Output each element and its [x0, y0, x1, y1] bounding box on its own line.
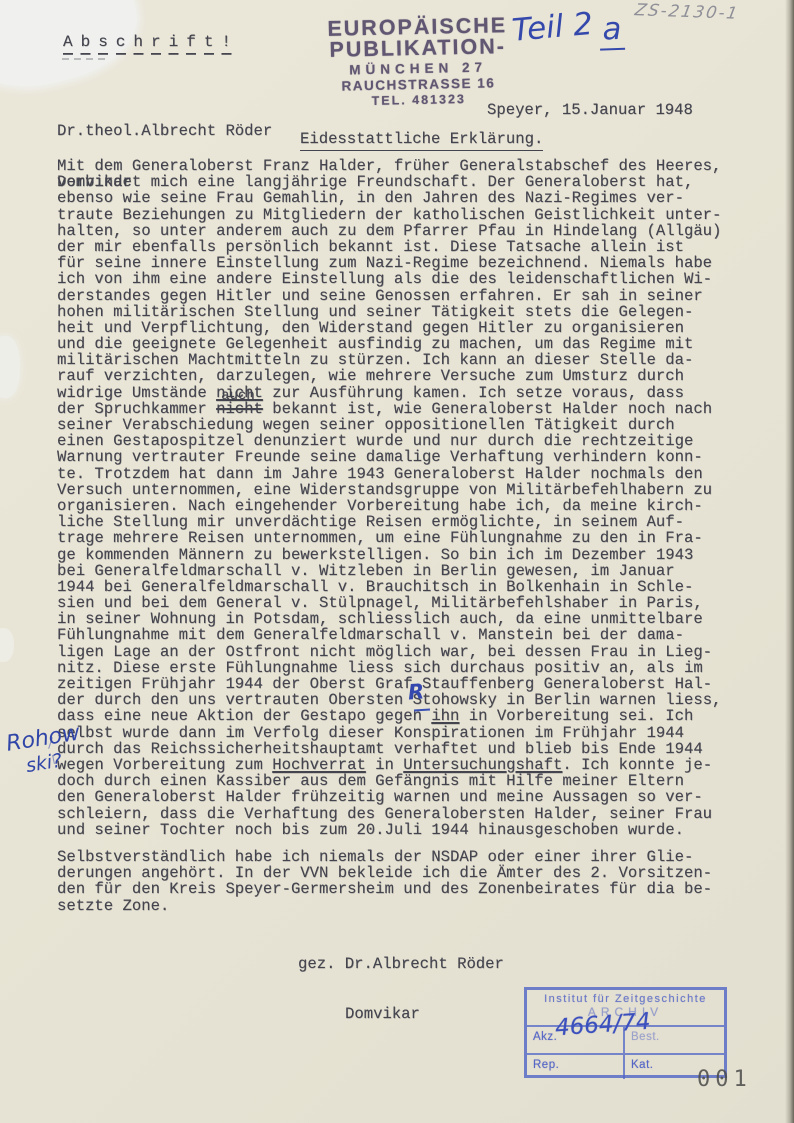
text-line: wegen Vorbereitung zum Hochverrat in Unt… — [57, 757, 721, 773]
publisher-stamp-line: PUBLIKATION- — [320, 36, 516, 61]
text-line: halten, so unter anderem auch zu dem Pfa… — [57, 223, 721, 239]
text-line: derungen angehört. In der VVN bekleide i… — [57, 865, 712, 881]
paper-tear-patch — [0, 336, 20, 398]
text-line: Fühlungnahme mit dem Generalfeldmarschal… — [57, 627, 721, 643]
handwritten-part-text: Teil 2 — [511, 6, 595, 49]
text-line: selbst wurde dann im Verfolg dieser Kons… — [57, 725, 721, 741]
strike-residue-mark — [62, 58, 106, 60]
text-line: ich von ihm eine andere Einstellung als … — [57, 271, 721, 287]
kat-label: Kat. — [631, 1059, 653, 1071]
text-line: doch durch einen Kassiber aus dem Gefäng… — [57, 773, 721, 789]
text-line: in seiner Wohnung in Potsdam, schliessli… — [57, 611, 721, 627]
text-line: trage mehrere Reisen unternommen, um ein… — [57, 530, 721, 546]
paper-tear-patch — [0, 628, 14, 662]
document-page: Abschrift! EUROPÄISCHE PUBLIKATION- MÜNC… — [0, 0, 794, 1123]
page-number-stamp: 001 — [697, 1067, 752, 1092]
text-line: einen Gestapospitzel denunziert wurde un… — [57, 433, 721, 449]
archive-reference-number: ZS-2130-1 — [633, 0, 740, 23]
archive-stamp-row: Rep. Kat. — [527, 1053, 724, 1079]
text-line: traute Beziehungen zu Mitgliedern der ka… — [57, 207, 721, 223]
text-line: verbindet mich eine langjährige Freundsc… — [57, 174, 721, 190]
text-line: und seiner Tochter noch bis zum 20.Juli … — [57, 822, 721, 838]
text-line: schleiern, dass die Verhaftung des Gener… — [57, 806, 721, 822]
text-line: 1944 bei Generalfeldmarschall v. Brauchi… — [57, 579, 721, 595]
text-line: setzte Zone. — [57, 898, 712, 914]
text-line: derstandes gegen Hitler und seine Genoss… — [57, 288, 721, 304]
handwritten-part-letter: a — [599, 11, 625, 51]
text-line: widrige Umstände nicht zur Ausführung ka… — [57, 385, 721, 401]
text-line: seiner Verabschiedung wegen seiner oppos… — [57, 417, 721, 433]
signature-name: gez. Dr.Albrecht Röder — [298, 956, 504, 973]
text-line: sien und bei dem General v. Stülpnagel, … — [57, 595, 721, 611]
text-line: nitz. Diese erste Fühlungnahme liess sic… — [57, 660, 721, 676]
text-line: bei Generalfeldmarschall v. Witzleben in… — [57, 563, 721, 579]
affidavit-paragraph-1: Mit dem Generaloberst Franz Halder, früh… — [57, 158, 721, 838]
akz-label: Akz. — [533, 1031, 557, 1043]
text-line: den für den Kreis Speyer-Germersheim und… — [57, 881, 712, 897]
text-line: zeitigen Frühjahr 1944 der Oberst Graf S… — [57, 676, 721, 692]
signature-title: Domvikar — [298, 1006, 504, 1023]
copy-label: Abschrift! — [63, 33, 239, 55]
text-line: Mit dem Generaloberst Franz Halder, früh… — [57, 158, 721, 174]
text-line: ge kommenden Männern zu bewerkstelligen.… — [57, 547, 721, 563]
author-name: Dr.theol.Albrecht Röder — [57, 123, 272, 140]
text-line: durch das Reichssicherheitshauptamt verh… — [57, 741, 721, 757]
publisher-stamp: EUROPÄISCHE PUBLIKATION- MÜNCHEN 27 RAUC… — [319, 15, 517, 110]
text-line: für seine innere Einstellung zum Nazi-Re… — [57, 255, 721, 271]
text-line: liche Stellung mir unverdächtige Reisen … — [57, 514, 721, 530]
text-line: Versuch unternommen, eine Widerstandsgru… — [57, 482, 721, 498]
text-line: rauf verzichten, darzulegen, wie mehrere… — [57, 368, 721, 384]
text-line: und die geeignete Gelegenheit ausfindig … — [57, 336, 721, 352]
text-line: Selbstverständlich habe ich niemals der … — [57, 849, 712, 865]
text-line: te. Trotzdem hat dann im Jahre 1943 Gene… — [57, 466, 721, 482]
text-line: dass eine neue Aktion der Gestapo gegen … — [57, 708, 721, 724]
text-line: ligen Lage an der Ostfront nicht möglich… — [57, 644, 721, 660]
text-line: heit und Verpflichtung, den Widerstand g… — [57, 320, 721, 336]
text-line: der durch den uns vertrauten Obersten RS… — [57, 692, 721, 708]
scan-edge-shadow — [785, 0, 794, 1123]
text-line: Warnung vertrauter Freunde seine damalig… — [57, 449, 721, 465]
archive-stamp: Institut für Zeitgeschichte ARCHIV Akz. … — [524, 987, 727, 1078]
text-line: hohen militärischen Stellung und seiner … — [57, 304, 721, 320]
archive-stamp-rep-cell: Rep. — [527, 1055, 625, 1079]
text-line: der Spruchkammer auchnicht bekannt ist, … — [57, 401, 721, 417]
signature-block: gez. Dr.Albrecht Röder Domvikar — [298, 923, 504, 1055]
document-title: Eidesstattliche Erklärung. — [300, 130, 543, 151]
text-line: militärischen Machtmitteln zu stürzen. I… — [57, 352, 721, 368]
rep-label: Rep. — [533, 1059, 559, 1071]
archive-stamp-institute: Institut für Zeitgeschichte — [527, 993, 724, 1005]
text-line: den Generaloberst Halder frühzeitig warn… — [57, 789, 721, 805]
text-line: organisieren. Nach eingehender Vorbereit… — [57, 498, 721, 514]
affidavit-paragraph-2: Selbstverständlich habe ich niemals der … — [57, 849, 712, 914]
text-line: der mir ebenfalls persönlich bekannt ist… — [57, 239, 721, 255]
dateline: Speyer, 15.Januar 1948 — [487, 101, 693, 119]
handwritten-part-label: Teil 2a — [511, 3, 626, 52]
text-line: ebenso wie seine Frau Gemahlin, in den J… — [57, 190, 721, 206]
